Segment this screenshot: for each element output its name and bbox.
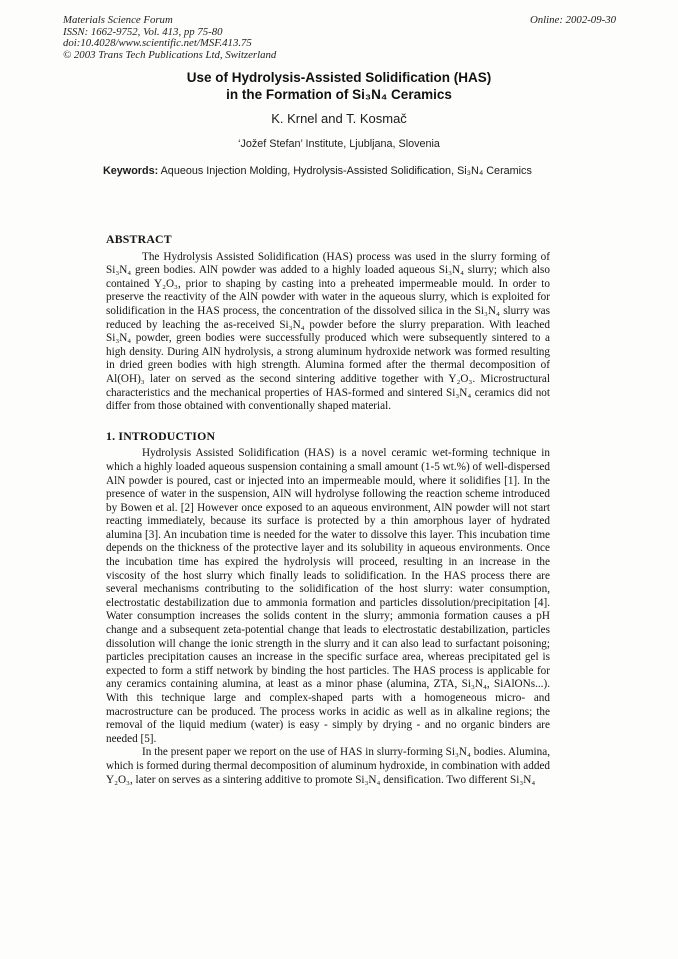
intro-paragraph-1: Hydrolysis Assisted Solidification (HAS)… (106, 447, 550, 746)
affiliation: ‘Jožef Stefan’ Institute, Ljubljana, Slo… (0, 138, 678, 150)
online-date: Online: 2002-09-30 (530, 15, 616, 27)
paper-page: Materials Science Forum ISSN: 1662-9752,… (0, 0, 678, 959)
journal-info: Materials Science Forum ISSN: 1662-9752,… (63, 15, 276, 61)
journal-masthead: Materials Science Forum ISSN: 1662-9752,… (63, 15, 616, 61)
intro-paragraph-2: In the present paper we report on the us… (106, 746, 550, 787)
journal-name: Materials Science Forum (63, 15, 276, 27)
abstract-heading: ABSTRACT (106, 233, 550, 247)
authors: K. Krnel and T. Kosmač (0, 111, 678, 126)
paper-title-line1: Use of Hydrolysis-Assisted Solidificatio… (187, 70, 492, 85)
paper-title: Use of Hydrolysis-Assisted Solidificatio… (0, 70, 678, 103)
keywords-label: Keywords: (103, 165, 158, 177)
abstract-paragraph: The Hydrolysis Assisted Solidification (… (106, 251, 550, 414)
copyright-line: © 2003 Trans Tech Publications Ltd, Swit… (63, 50, 276, 62)
keywords-text: Aqueous Injection Molding, Hydrolysis-As… (158, 165, 532, 177)
introduction-heading: 1. INTRODUCTION (106, 430, 550, 444)
paper-title-line2: in the Formation of Si₃N₄ Ceramics (226, 87, 452, 102)
keywords-line: Keywords: Aqueous Injection Molding, Hyd… (103, 165, 618, 177)
paper-body: ABSTRACT The Hydrolysis Assisted Solidif… (106, 233, 550, 787)
